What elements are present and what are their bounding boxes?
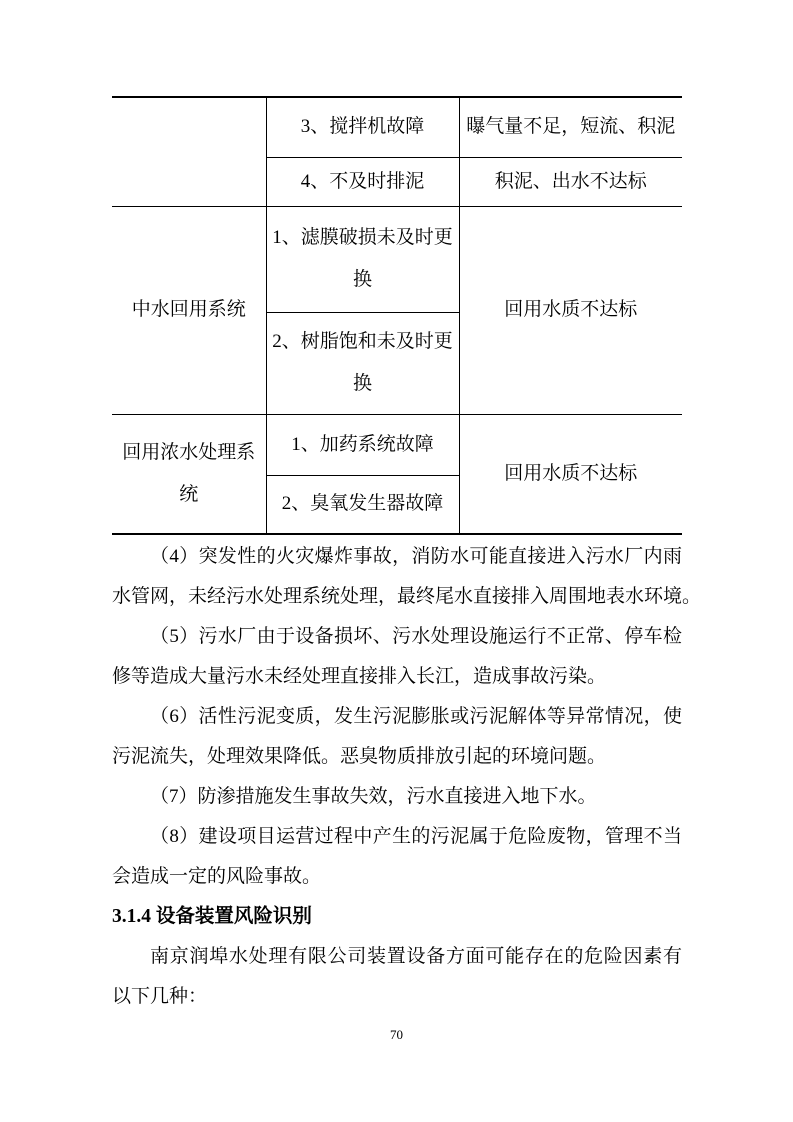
table-row: 中水回用系统 1、滤膜破损未及时更 换 回用水质不达标 bbox=[112, 206, 682, 312]
table-cell-effect: 积泥、出水不达标 bbox=[459, 157, 682, 206]
table-cell-system: 回用浓水处理系 统 bbox=[112, 414, 266, 534]
table-cell-effect: 回用水质不达标 bbox=[459, 414, 682, 534]
table-cell-text: 回用浓水处理系 bbox=[112, 432, 266, 474]
text-line: （5）污水厂由于设备损坏、污水处理设施运行不正常、停车检 bbox=[112, 617, 682, 657]
table-cell-text: 4、不及时排泥 bbox=[267, 161, 459, 203]
table-cell-text: 回用水质不达标 bbox=[460, 289, 683, 331]
table-cell-system: 中水回用系统 bbox=[112, 206, 266, 414]
text-line: 修等造成大量污水未经处理直接排入长江，造成事故污染。 bbox=[112, 657, 682, 697]
text-line: （7）防渗措施发生事故失效，污水直接进入地下水。 bbox=[112, 777, 682, 817]
paragraph-7: （7）防渗措施发生事故失效，污水直接进入地下水。 bbox=[112, 777, 682, 817]
paragraph-6: （6）活性污泥变质，发生污泥膨胀或污泥解体等异常情况，使 污泥流失，处理效果降低… bbox=[112, 697, 682, 777]
table-cell-text: 曝气量不足，短流、积泥 bbox=[460, 106, 683, 148]
table-cell-cause: 1、加药系统故障 bbox=[266, 414, 459, 475]
table-cell-effect: 回用水质不达标 bbox=[459, 206, 682, 414]
table-cell-text: 2、树脂饱和未及时更 bbox=[267, 321, 459, 363]
table-cell-cause: 1、滤膜破损未及时更 换 bbox=[266, 206, 459, 312]
table-cell-text: 换 bbox=[267, 363, 459, 405]
body-text: （4）突发性的火灾爆炸事故，消防水可能直接进入污水厂内雨 水管网，未经污水处理系… bbox=[112, 537, 682, 1017]
paragraph-8: （8）建设项目运营过程中产生的污泥属于危险废物，管理不当 会造成一定的风险事故。 bbox=[112, 817, 682, 897]
section-heading: 3.1.4 设备装置风险识别 bbox=[112, 897, 682, 937]
table-cell-text: 回用水质不达标 bbox=[460, 453, 683, 495]
table-cell-cause: 4、不及时排泥 bbox=[266, 157, 459, 206]
page-number: 70 bbox=[0, 1027, 793, 1043]
table-cell-cause: 2、树脂饱和未及时更 换 bbox=[266, 312, 459, 414]
text-line: （6）活性污泥变质，发生污泥膨胀或污泥解体等异常情况，使 bbox=[112, 697, 682, 737]
table-row: 3、搅拌机故障 曝气量不足，短流、积泥 bbox=[112, 97, 682, 157]
table-cell-text: 1、滤膜破损未及时更 bbox=[267, 217, 459, 259]
table-cell-text: 积泥、出水不达标 bbox=[460, 161, 683, 203]
table-cell-text: 换 bbox=[267, 259, 459, 301]
paragraph-4: （4）突发性的火灾爆炸事故，消防水可能直接进入污水厂内雨 水管网，未经污水处理系… bbox=[112, 537, 682, 617]
text-line: 污泥流失，处理效果降低。恶臭物质排放引起的环境问题。 bbox=[112, 737, 682, 777]
document-page: 3、搅拌机故障 曝气量不足，短流、积泥 4、不及时排泥 积泥、出水不达标 中水回… bbox=[0, 0, 793, 1122]
table-cell-text: 1、加药系统故障 bbox=[267, 424, 459, 466]
paragraph-intro: 南京润埠水处理有限公司装置设备方面可能存在的危险因素有 以下几种： bbox=[112, 937, 682, 1017]
text-line: 水管网，未经污水处理系统处理，最终尾水直接排入周围地表水环境。 bbox=[112, 577, 682, 617]
risk-table: 3、搅拌机故障 曝气量不足，短流、积泥 4、不及时排泥 积泥、出水不达标 中水回… bbox=[112, 96, 682, 535]
table-cell-text: 统 bbox=[112, 474, 266, 516]
table-row: 回用浓水处理系 统 1、加药系统故障 回用水质不达标 bbox=[112, 414, 682, 475]
table-cell-text: 3、搅拌机故障 bbox=[267, 106, 459, 148]
table-cell-text: 中水回用系统 bbox=[112, 289, 266, 331]
table-cell-effect: 曝气量不足，短流、积泥 bbox=[459, 97, 682, 157]
table-cell-cause: 3、搅拌机故障 bbox=[266, 97, 459, 157]
table-cell-text: 2、臭氧发生器故障 bbox=[267, 483, 459, 525]
text-line: （4）突发性的火灾爆炸事故，消防水可能直接进入污水厂内雨 bbox=[112, 537, 682, 577]
paragraph-5: （5）污水厂由于设备损坏、污水处理设施运行不正常、停车检 修等造成大量污水未经处… bbox=[112, 617, 682, 697]
text-line: 会造成一定的风险事故。 bbox=[112, 857, 682, 897]
text-line: 以下几种： bbox=[112, 977, 682, 1017]
text-line: （8）建设项目运营过程中产生的污泥属于危险废物，管理不当 bbox=[112, 817, 682, 857]
table-cell-cause: 2、臭氧发生器故障 bbox=[266, 475, 459, 534]
table-cell-system-continued bbox=[112, 97, 266, 206]
text-line: 南京润埠水处理有限公司装置设备方面可能存在的危险因素有 bbox=[112, 937, 682, 977]
